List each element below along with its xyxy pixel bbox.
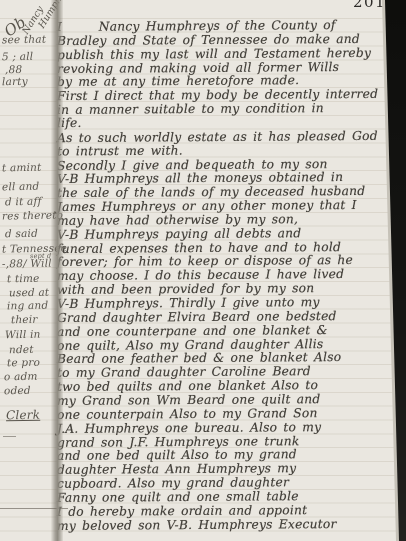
handwritten-line: I do hereby make ordain and appoint <box>57 503 307 519</box>
page-fold-line <box>51 0 63 541</box>
handwritten-line: and one counterpane and one blanket & <box>57 323 328 339</box>
page-number: 201 <box>353 0 386 11</box>
handwritten-line: J.A. Humphreys one bureau. Also to my <box>57 420 321 436</box>
handwritten-line: in a manner suitable to my condition in <box>57 101 324 117</box>
handwritten-line: one counterpain Also to my Grand Son <box>57 406 318 422</box>
handwritten-line: As to such worldly estate as it has plea… <box>57 129 378 145</box>
handwritten-line: may have had otherwise by my son, <box>57 212 298 228</box>
handwritten-line: to intrust me with. <box>57 143 183 158</box>
corner-annotation: Ob Nancy Humphreys <box>0 0 90 85</box>
handwritten-line: Fanny one quilt and one small table <box>57 489 299 505</box>
handwritten-line: V-B Humphreys paying all debts and <box>57 226 301 242</box>
scanned-will-page: see that5 ; all,88lartyt amintell andd i… <box>0 0 406 541</box>
handwritten-line: James Humphreys or any other money that … <box>57 198 357 214</box>
handwritten-line: my beloved son V-B. Humphreys Executor <box>57 517 337 533</box>
